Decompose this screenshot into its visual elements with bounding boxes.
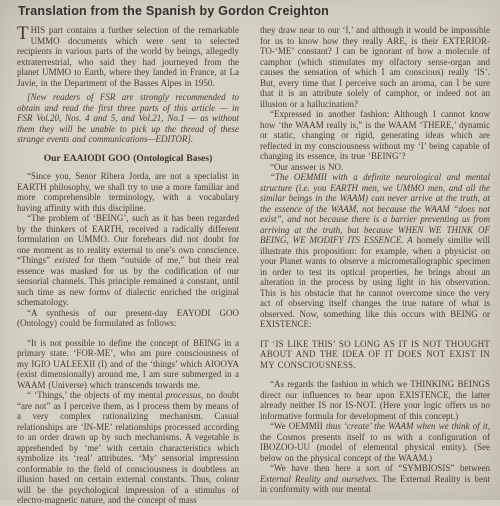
paragraph: “The OEMMII with a definite neurological… [260, 172, 490, 330]
text-segment: HIS part contains a further selection of… [17, 25, 239, 88]
paragraph: “A synthesis of our present-day EAYODI G… [17, 308, 239, 329]
text-segment: “We have then here a sort of “SYMBIOSIS”… [270, 463, 490, 473]
text-segment: [New readers of FSR are strongly recomme… [17, 92, 239, 144]
paragraph: they draw near to our ‘I,’ and although … [260, 25, 490, 109]
paragraph: “Our answer is NO. [260, 162, 490, 173]
italic-text-segment: existed [54, 255, 79, 265]
section-heading: Our EAAIODI GOO (Ontological Bases) [17, 154, 239, 165]
text-segment: Our EAAIODI GOO (Ontological Bases) [44, 154, 212, 164]
text-segment: “Since you, Senor Ribera Jorda, are not … [17, 171, 239, 213]
text-segment: IT ‘IS LIKE THIS’ SO LONG AS IT IS NOT T… [260, 339, 490, 370]
scanned-document-page: Translation from the Spanish by Gordon C… [0, 0, 500, 500]
left-column: THIS part contains a further selection o… [17, 25, 239, 500]
paragraph: “We OEMMII thus ‘create’ the WAAM when w… [260, 421, 490, 463]
text-segment: they draw near to our ‘I,’ and although … [260, 25, 490, 109]
text-segment: “ ‘Things,’ the objects of my mental [27, 390, 166, 400]
text-segment: “Expressed in another fashion: Although … [260, 109, 490, 161]
italic-text-segment: External Reality and ourselves. [260, 474, 378, 484]
page-title: Translation from the Spanish by Gordon C… [18, 4, 490, 18]
text-segment: “We OEMMII [270, 421, 326, 431]
paragraph: “We have then here a sort of “SYMBIOSIS”… [260, 463, 490, 495]
italic-text-segment: thus ‘create’ the WAAM when we think of … [326, 421, 488, 431]
paragraph: THIS part contains a further selection o… [17, 25, 239, 88]
paragraph: [New readers of FSR are strongly recomme… [17, 92, 239, 145]
paragraph: “The problem of ‘BEING’, such as it has … [17, 213, 239, 308]
text-segment: “Our answer is NO. [270, 162, 343, 172]
paragraph: IT ‘IS LIKE THIS’ SO LONG AS IT IS NOT T… [260, 339, 490, 371]
italic-text-segment: processus [166, 390, 201, 400]
paragraph: “It is not possible to define the concep… [17, 338, 239, 391]
text-segment: homely similie will illustrate this prop… [260, 235, 490, 329]
text-segment: “As regards the fashion in which we THIN… [260, 379, 490, 421]
text-segment: “It is not possible to define the concep… [17, 338, 239, 390]
text-segment: , no doubt “are not” as I perceive them,… [17, 390, 239, 500]
text-segment: “A synthesis of our present-day EAYODI G… [17, 308, 239, 329]
paragraph: “Expressed in another fashion: Although … [260, 109, 490, 162]
drop-cap: T [17, 25, 31, 42]
two-column-text: THIS part contains a further selection o… [17, 25, 490, 500]
paragraph: “Since you, Senor Ribera Jorda, are not … [17, 171, 239, 213]
right-column: they draw near to our ‘I,’ and although … [260, 25, 490, 500]
paragraph: “As regards the fashion in which we THIN… [260, 379, 490, 421]
paragraph: “ ‘Things,’ the objects of my mental pro… [17, 390, 239, 500]
